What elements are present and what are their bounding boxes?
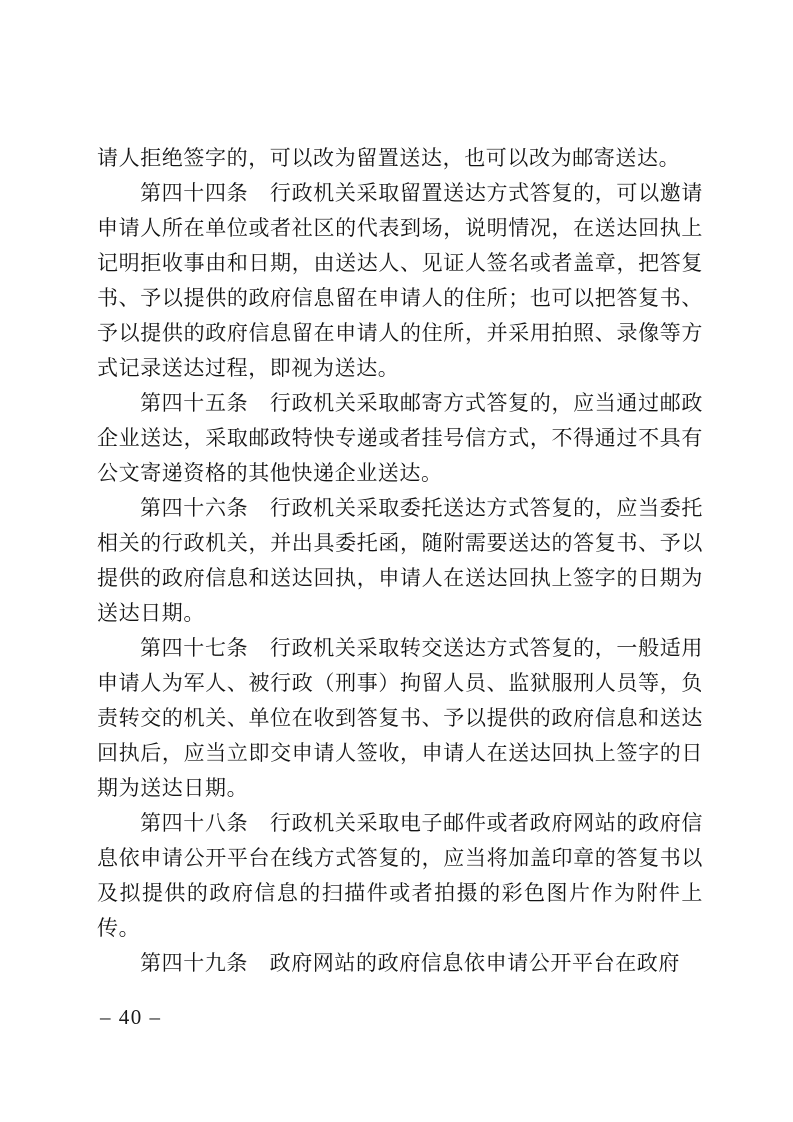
paragraph-article-45: 第四十五条 行政机关采取邮寄方式答复的，应当通过邮政企业送达，采取邮政特快专递或…	[97, 386, 703, 491]
paragraph-continuation: 请人拒绝签字的，可以改为留置送达，也可以改为邮寄送达。	[97, 141, 703, 176]
document-body: 请人拒绝签字的，可以改为留置送达，也可以改为邮寄送达。 第四十四条 行政机关采取…	[97, 141, 703, 981]
paragraph-article-47: 第四十七条 行政机关采取转交送达方式答复的，一般适用申请人为军人、被行政（刑事）…	[97, 631, 703, 806]
page-number: – 40 –	[100, 1005, 162, 1030]
paragraph-article-44: 第四十四条 行政机关采取留置送达方式答复的，可以邀请申请人所在单位或者社区的代表…	[97, 176, 703, 386]
paragraph-article-48: 第四十八条 行政机关采取电子邮件或者政府网站的政府信息依申请公开平台在线方式答复…	[97, 806, 703, 946]
document-page: 请人拒绝签字的，可以改为留置送达，也可以改为邮寄送达。 第四十四条 行政机关采取…	[0, 0, 793, 1122]
paragraph-article-49: 第四十九条 政府网站的政府信息依申请公开平台在政府	[97, 946, 703, 981]
paragraph-article-46: 第四十六条 行政机关采取委托送达方式答复的，应当委托相关的行政机关，并出具委托函…	[97, 491, 703, 631]
